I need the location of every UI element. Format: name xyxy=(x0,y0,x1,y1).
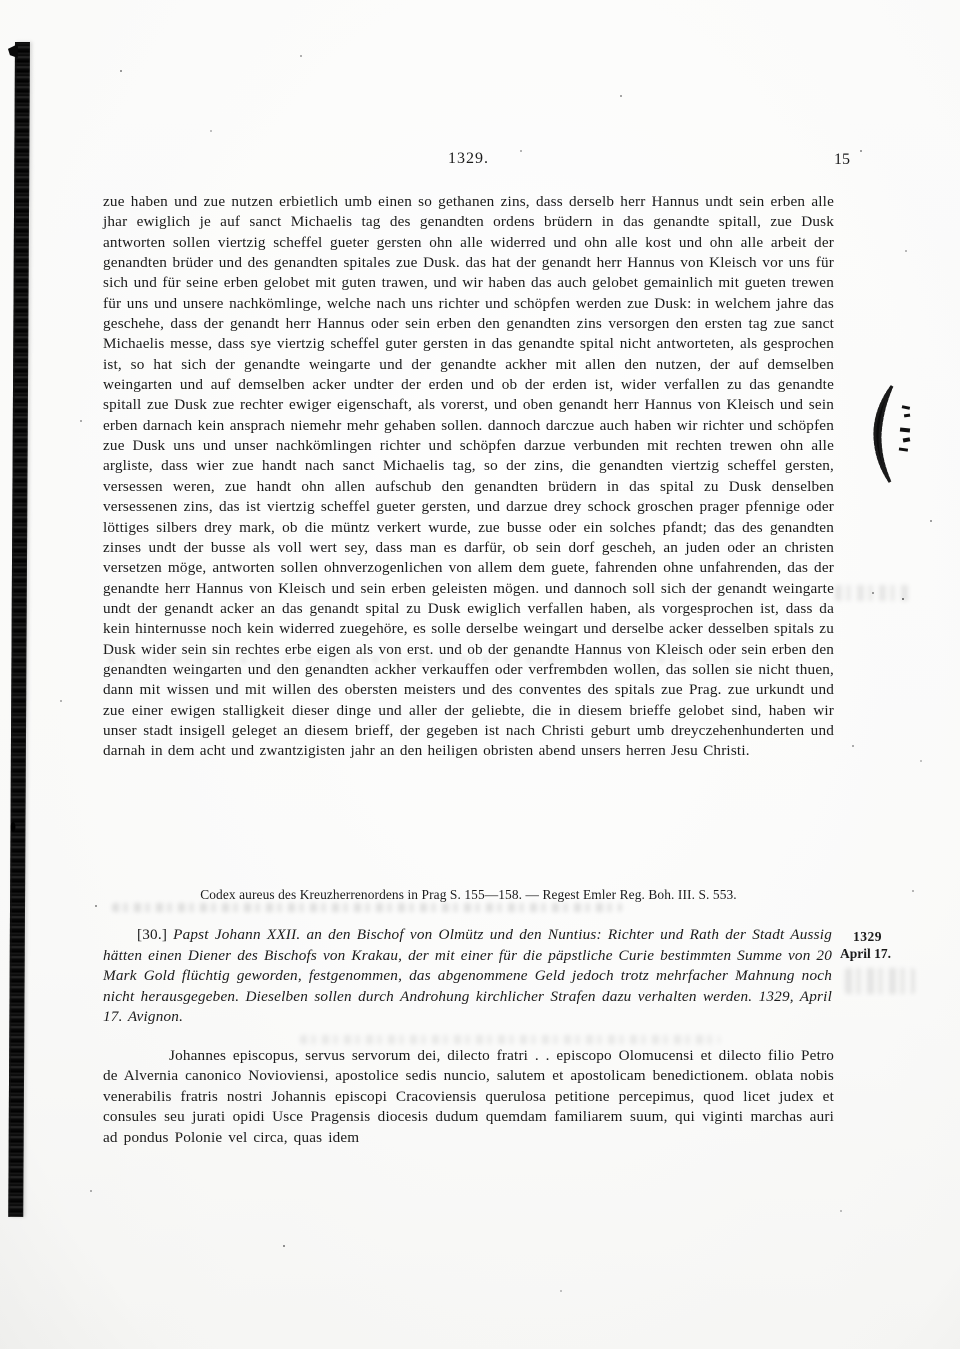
margin-date-day: April 17. xyxy=(840,945,918,962)
scan-smudge xyxy=(112,903,622,912)
margin-date: 1329 April 17. xyxy=(840,928,918,962)
latin-letter-paragraph: Johannes episcopus, servus servorum dei,… xyxy=(103,1046,834,1148)
scan-smudge xyxy=(300,1035,720,1044)
source-citation: Codex aureus des Kreuzherrenordens in Pr… xyxy=(103,887,834,903)
entry-summary-text: Papst Johann XXII. an den Bischof von Ol… xyxy=(103,926,832,1025)
scan-smudge xyxy=(835,585,910,601)
scanned-document-page: 1329. 15 zue haben und zue nutzen erbiet… xyxy=(0,0,960,1349)
dust-specks xyxy=(0,0,2,2)
charter-text-paragraph: zue haben und zue nutzen erbietlich umb … xyxy=(103,192,834,762)
ink-blot-crescent xyxy=(870,384,922,486)
header-year: 1329. xyxy=(103,150,834,168)
book-binding-edge xyxy=(8,42,30,1217)
margin-date-year: 1329 xyxy=(840,928,918,945)
scan-smudge xyxy=(845,968,915,994)
entry-30-summary: [30.]Papst Johann XXII. an den Bischof v… xyxy=(103,925,832,1028)
page-number: 15 xyxy=(790,151,850,169)
ink-blot-artifact xyxy=(870,384,922,486)
entry-number: [30.] xyxy=(137,926,173,943)
